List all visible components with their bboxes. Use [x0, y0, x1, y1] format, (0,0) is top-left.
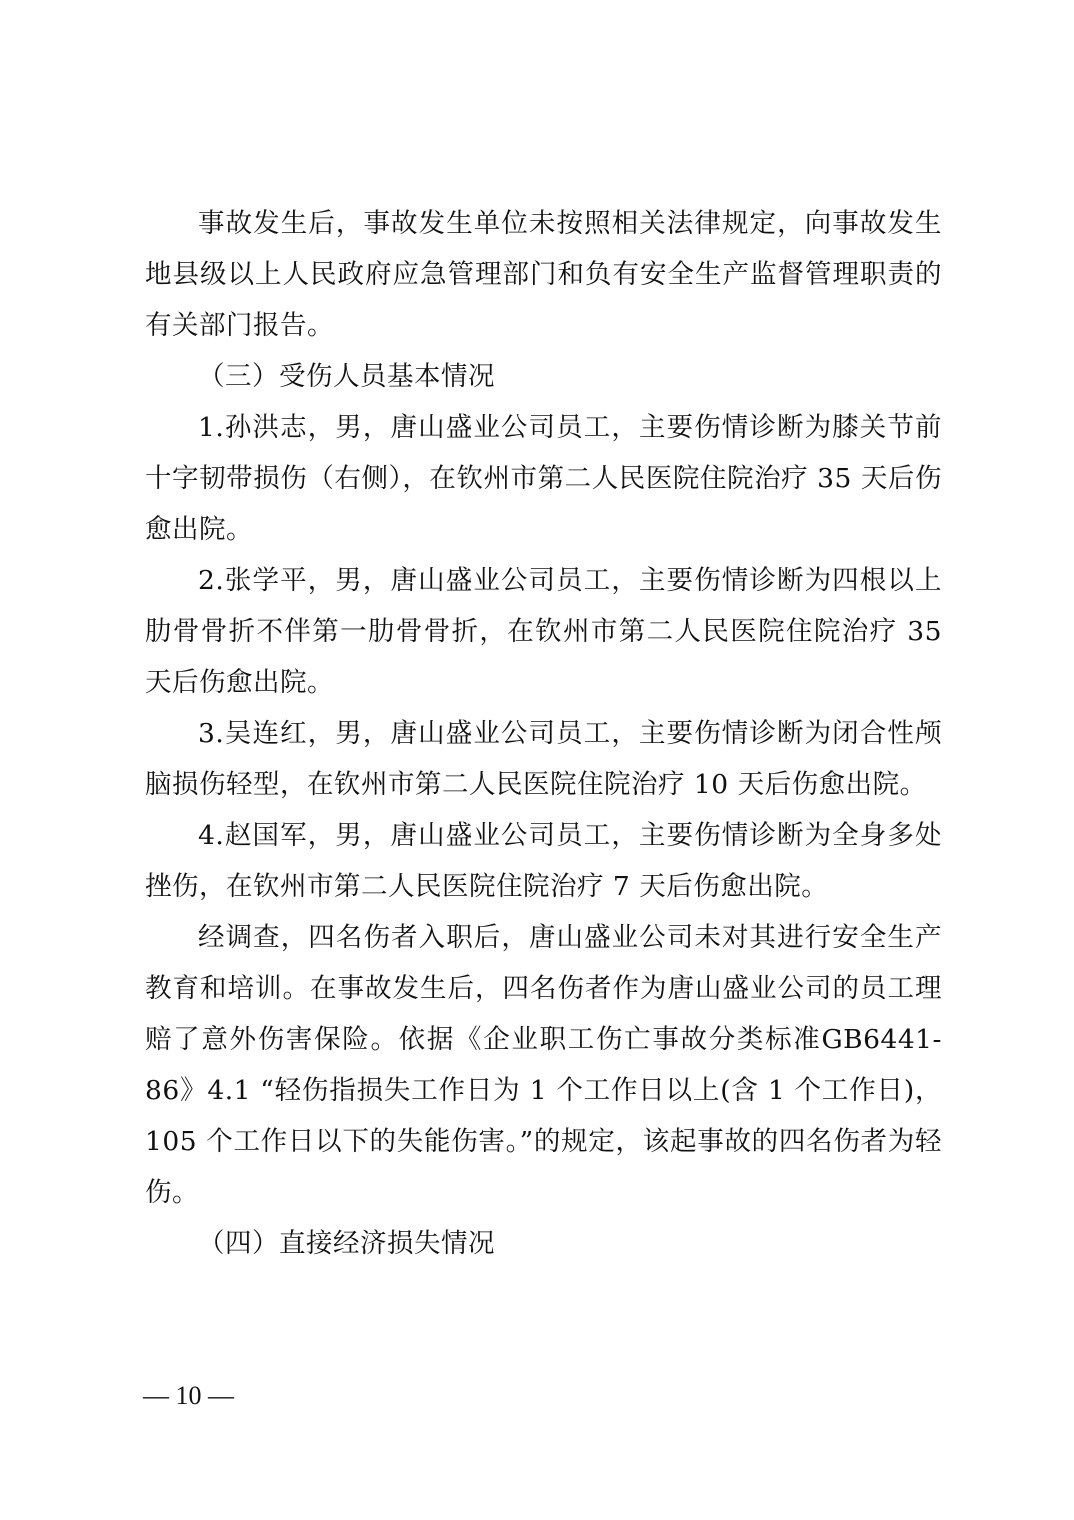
paragraph-injured-4: 4.赵国军，男，唐山盛业公司员工，主要伤情诊断为全身多处挫伤，在钦州市第二人民医… — [145, 810, 942, 912]
page-number: — 10 — — [143, 1378, 234, 1414]
paragraph-injured-3: 3.吴连红，男，唐山盛业公司员工，主要伤情诊断为闭合性颅脑损伤轻型，在钦州市第二… — [145, 708, 942, 810]
paragraph-investigation: 经调查，四名伤者入职后，唐山盛业公司未对其进行安全生产教育和培训。在事故发生后，… — [145, 912, 942, 1218]
section-heading-economic-loss: （四）直接经济损失情况 — [145, 1218, 942, 1269]
paragraph-injured-1: 1.孙洪志，男，唐山盛业公司员工，主要伤情诊断为膝关节前十字韧带损伤（右侧），在… — [145, 402, 942, 555]
paragraph-injured-2: 2.张学平，男，唐山盛业公司员工，主要伤情诊断为四根以上肋骨骨折不伴第一肋骨骨折… — [145, 555, 942, 708]
section-heading-injured-persons: （三）受伤人员基本情况 — [145, 351, 942, 402]
paragraph-accident-report: 事故发生后，事故发生单位未按照相关法律规定，向事故发生地县级以上人民政府应急管理… — [145, 198, 942, 351]
document-page: 事故发生后，事故发生单位未按照相关法律规定，向事故发生地县级以上人民政府应急管理… — [145, 198, 942, 1269]
